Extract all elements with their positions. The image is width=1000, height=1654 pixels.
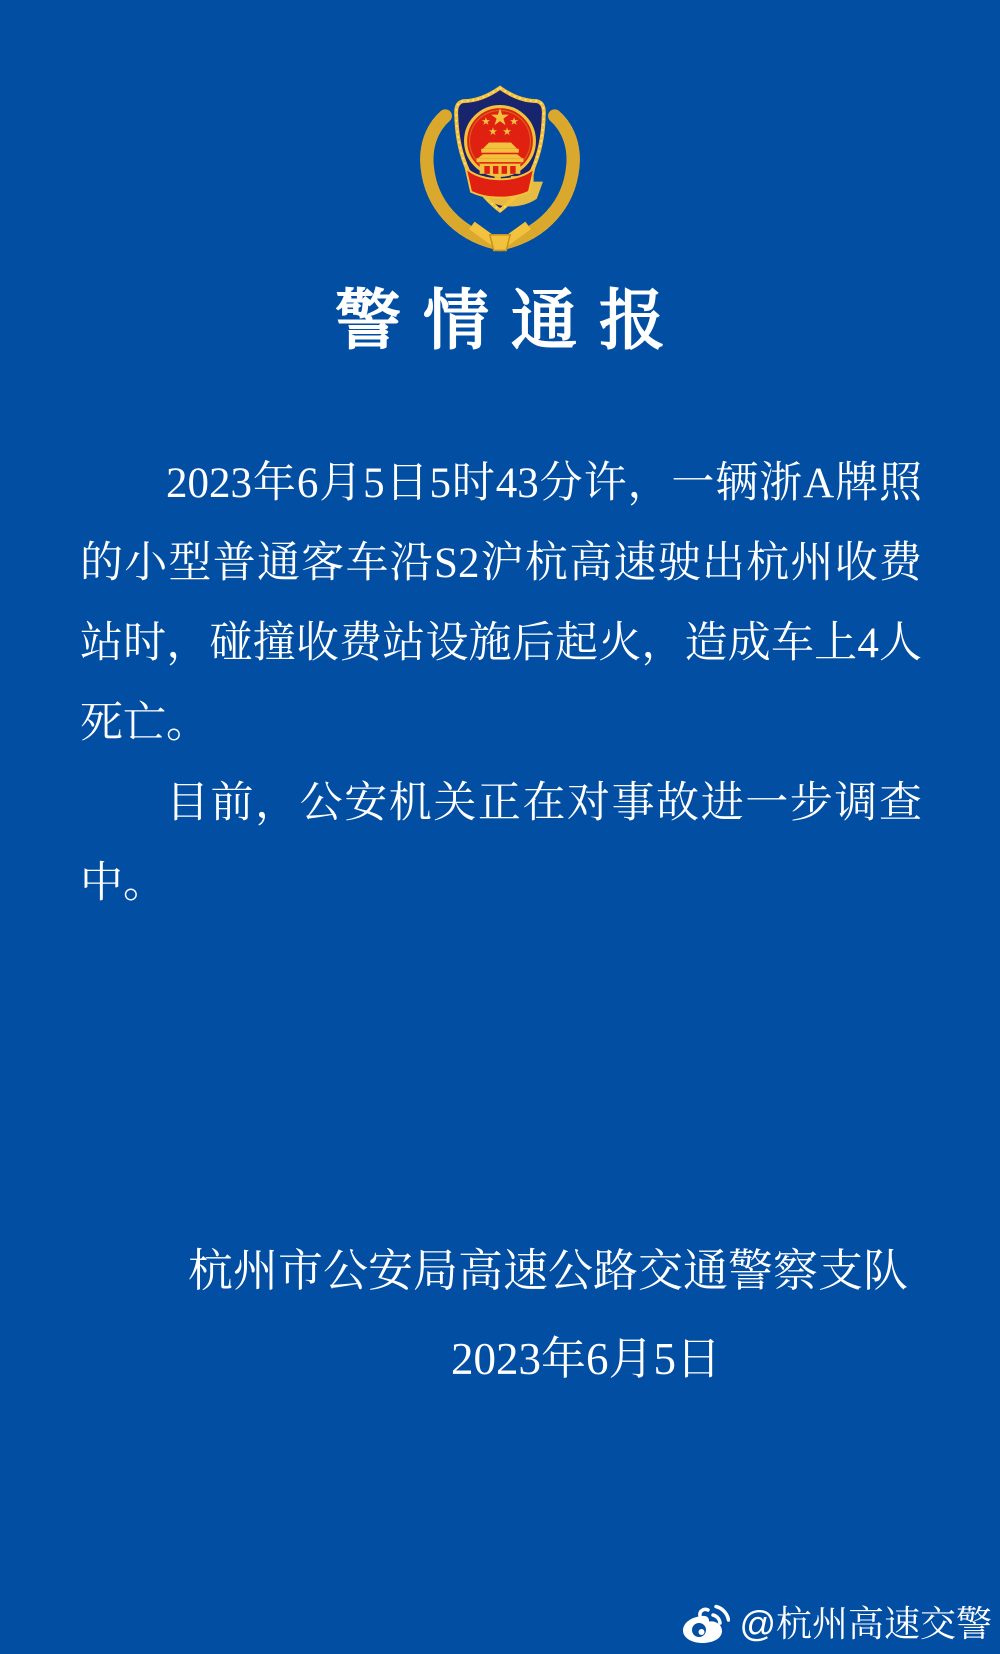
notice-title: 警情通报 (0, 282, 1000, 362)
body-line: 站时，碰撞收费站设施后起火，造成车上4人 (80, 604, 922, 684)
body-line: 2023年6月5日5时43分许，一辆浙A牌照 (80, 444, 922, 524)
paragraph-investigation: 目前，公安机关正在对事故进一步调查中。 (80, 764, 922, 924)
body-line: 目前，公安机关正在对事故进一步调查 (80, 764, 922, 844)
body-line: 死亡。 (80, 684, 922, 764)
police-badge-emblem (414, 80, 586, 252)
watermark-handle: @杭州高速交警 (739, 1604, 992, 1644)
notice-body: 2023年6月5日5时43分许，一辆浙A牌照的小型普通客车沿S2沪杭高速驶出杭州… (80, 444, 922, 924)
signature-block: 杭州市公安局高速公路交通警察支队 2023年6月5日 (80, 1227, 908, 1403)
weibo-watermark: @杭州高速交警 (680, 1602, 992, 1646)
police-badge-icon (414, 80, 586, 252)
body-line: 的小型普通客车沿S2沪杭高速驶出杭州收费 (80, 524, 922, 604)
signature-date: 2023年6月5日 (80, 1315, 908, 1403)
police-notice-page: 警情通报 2023年6月5日5时43分许，一辆浙A牌照的小型普通客车沿S2沪杭高… (0, 0, 1000, 1654)
signature-agency: 杭州市公安局高速公路交通警察支队 (80, 1227, 908, 1315)
body-line: 中。 (80, 844, 922, 924)
weibo-icon (680, 1602, 730, 1646)
paragraph-incident: 2023年6月5日5时43分许，一辆浙A牌照的小型普通客车沿S2沪杭高速驶出杭州… (80, 444, 922, 764)
